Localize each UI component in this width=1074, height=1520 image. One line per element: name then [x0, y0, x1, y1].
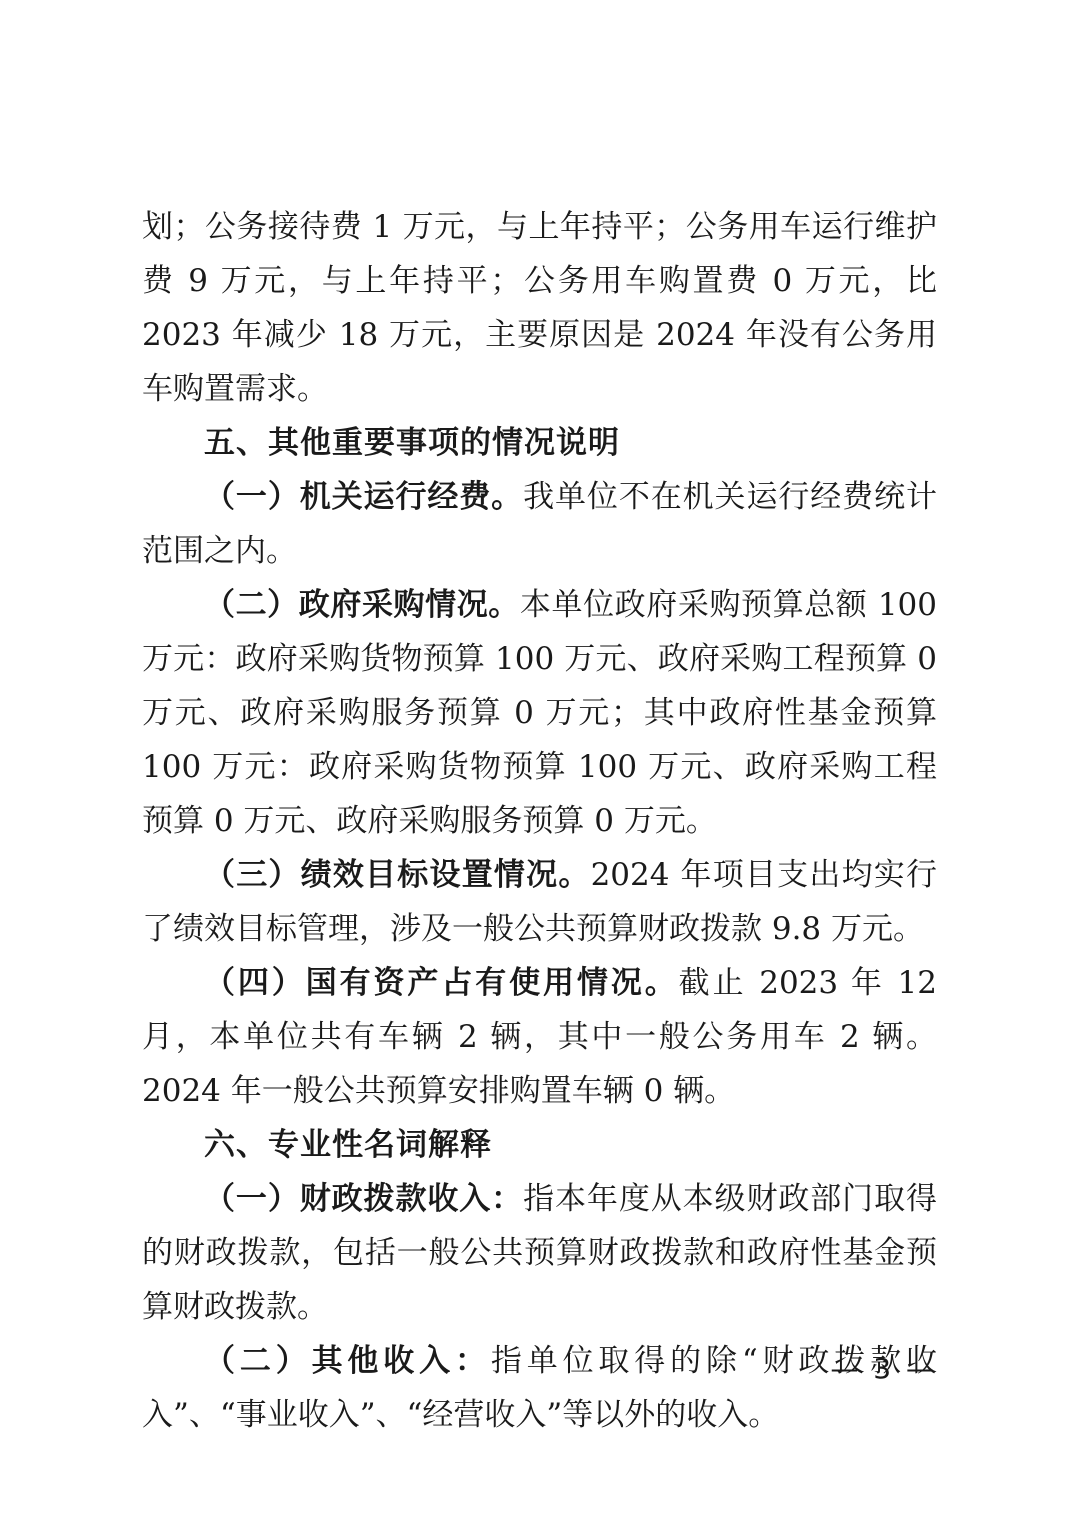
heading-text: 五、其他重要事项的情况说明	[204, 425, 620, 461]
paragraph-lead: （二）其他收入：	[204, 1343, 491, 1379]
section-heading-5-other-important-matters: 五、其他重要事项的情况说明	[142, 416, 937, 470]
document-page: 划；公务接待费 1 万元，与上年持平；公务用车运行维护费 9 万元，与上年持平；…	[0, 0, 1074, 1520]
paragraph-lead: （二）政府采购情况。	[204, 587, 520, 623]
paragraph-performance-targets: （三）绩效目标设置情况。2024 年项目支出均实行了绩效目标管理，涉及一般公共预…	[142, 848, 937, 956]
paragraph-text: 本单位政府采购预算总额 100 万元：政府采购货物预算 100 万元、政府采购工…	[142, 587, 937, 839]
paragraph-lead: （三）绩效目标设置情况。	[204, 857, 591, 893]
paragraph-three-public-expenses: 划；公务接待费 1 万元，与上年持平；公务用车运行维护费 9 万元，与上年持平；…	[142, 200, 937, 416]
paragraph-lead: （一）机关运行经费。	[204, 479, 523, 515]
paragraph-lead: （一）财政拨款收入：	[204, 1181, 523, 1217]
paragraph-lead: （四）国有资产占有使用情况。	[204, 965, 679, 1001]
paragraph-text: 划；公务接待费 1 万元，与上年持平；公务用车运行维护费 9 万元，与上年持平；…	[142, 209, 937, 407]
paragraph-government-procurement: （二）政府采购情况。本单位政府采购预算总额 100 万元：政府采购货物预算 10…	[142, 578, 937, 848]
heading-text: 六、专业性名词解释	[204, 1127, 492, 1163]
paragraph-fiscal-appropriation-income: （一）财政拨款收入：指本年度从本级财政部门取得的财政拨款，包括一般公共预算财政拨…	[142, 1172, 937, 1334]
paragraph-other-income: （二）其他收入：指单位取得的除“财政拨款收入”、“事业收入”、“经营收入”等以外…	[142, 1334, 937, 1442]
paragraph-state-owned-assets: （四）国有资产占有使用情况。截止 2023 年 12 月，本单位共有车辆 2 辆…	[142, 956, 937, 1118]
section-heading-6-terminology: 六、专业性名词解释	[142, 1118, 937, 1172]
paragraph-agency-operating-costs: （一）机关运行经费。我单位不在机关运行经费统计范围之内。	[142, 470, 937, 578]
page-number: — 3 —	[830, 1352, 937, 1386]
